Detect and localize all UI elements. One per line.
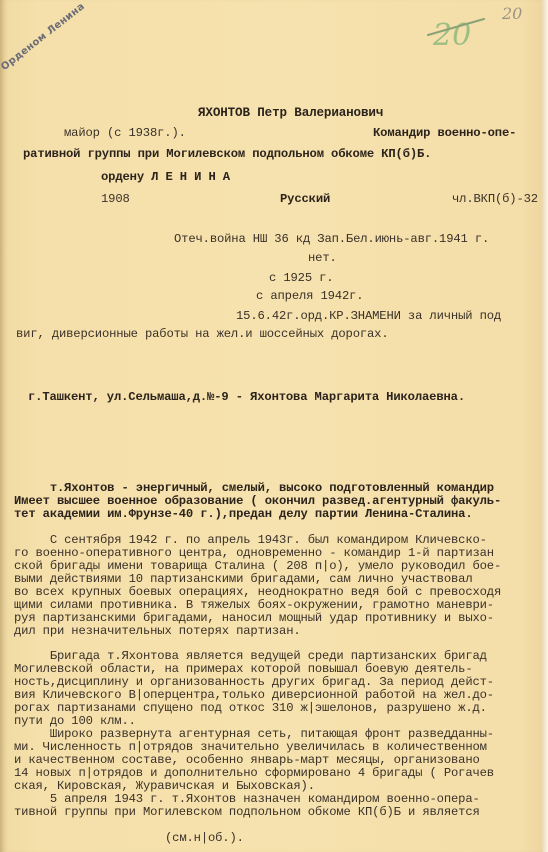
family-address: г.Ташкент, ул.Сельмаша,д.№-9 - Яхонтова …: [28, 391, 465, 404]
body-line: тивной группы при Могилевском подпольном…: [14, 806, 480, 819]
position-line-1: Командир военно-опе-: [373, 127, 516, 140]
nationality: Русский: [280, 193, 330, 206]
page-edge: [542, 0, 548, 852]
rank: майор (с 1938г.).: [64, 127, 186, 140]
prior-awards-line-1: 15.6.42г.орд.КР.ЗНАМЕНИ за личный под: [236, 310, 501, 323]
partisan-since: с апреля 1942г.: [256, 290, 363, 303]
body-line: дил при незначительных потерях партизан.: [14, 625, 301, 638]
continued-on-reverse: (см.н|об.).: [165, 832, 244, 845]
award-nomination: ордену Л Е Н И Н А: [101, 171, 230, 184]
prior-awards-line-2: виг, диверсионные работы на жел.и шоссей…: [16, 328, 389, 341]
army-service: с 1925 г.: [269, 272, 333, 285]
birth-year: 1908: [101, 193, 130, 206]
handwritten-sheet-number: 20: [502, 4, 522, 23]
position-line-2: ративной группы при Могилевском подпольн…: [23, 148, 431, 161]
body-line: тет академии им.Фрунзе-40 г.),предан дел…: [14, 508, 472, 521]
document-page: Орденом Ленина 20 20 ЯХОНТОВ Петр Валери…: [0, 0, 542, 852]
war-participation: Отеч.война НШ 36 кд Зап.Бел.июнь-авг.194…: [174, 233, 489, 246]
person-name: ЯХОНТОВ Петр Валерианович: [198, 107, 383, 120]
party-membership: чл.ВКП(б)-32: [452, 193, 538, 206]
wounds: нет.: [308, 252, 337, 265]
order-of-lenin-stamp: Орденом Ленина: [0, 1, 87, 73]
